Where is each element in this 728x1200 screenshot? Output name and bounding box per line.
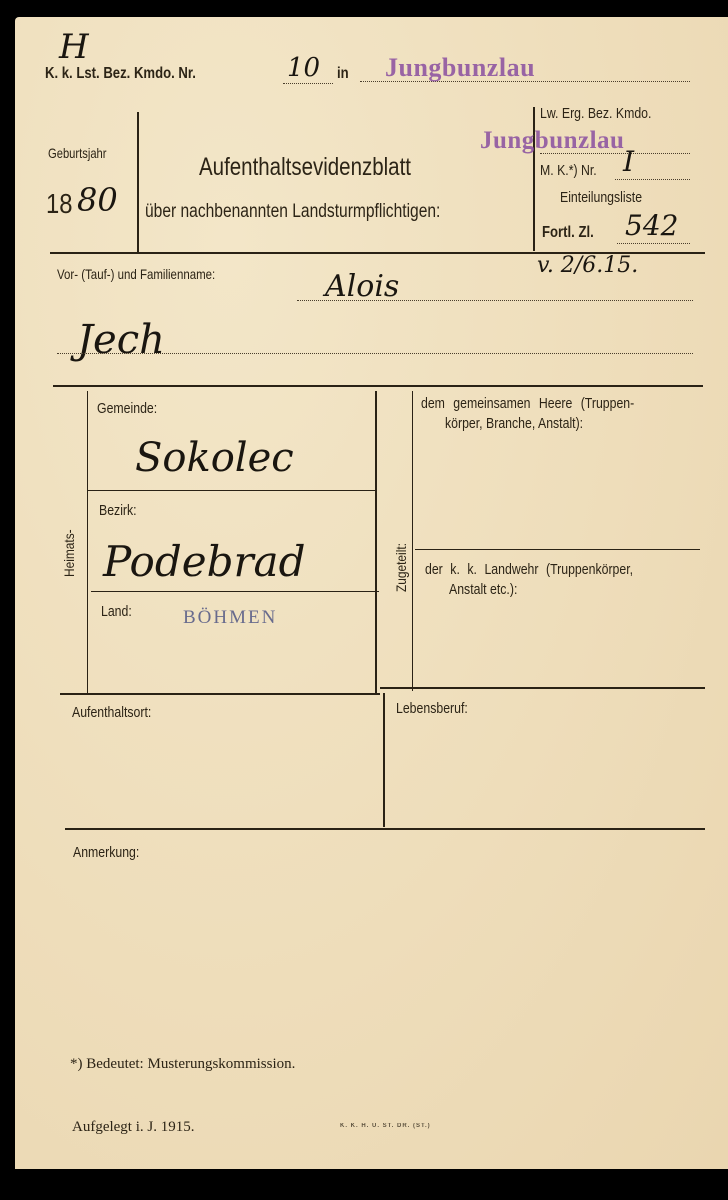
divider <box>60 693 380 695</box>
divider <box>65 828 705 830</box>
handwritten-initial: H <box>59 27 89 67</box>
mk-line <box>615 179 690 180</box>
first-name: Alois <box>325 269 399 304</box>
mk-value: I <box>623 145 634 178</box>
divider <box>380 687 705 689</box>
lw-label: Lw. Erg. Bez. Kmdo. <box>540 105 651 122</box>
document-page: H K. k. Lst. Bez. Kmdo. Nr. 10 in Jungbu… <box>15 17 728 1169</box>
divider <box>87 490 375 491</box>
zugeteilt-side-label: Zugeteilt: <box>393 543 409 592</box>
divider <box>91 591 379 592</box>
kmdo-label: K. k. Lst. Bez. Kmdo. Nr. <box>45 65 196 83</box>
birth-year-suffix: 80 <box>77 181 118 219</box>
in-label: in <box>337 65 349 83</box>
lebensberuf-label: Lebensberuf: <box>396 700 468 717</box>
date-note: v. 2/6.15. <box>537 253 638 278</box>
divider <box>383 693 385 827</box>
form-subtitle: über nachbenannten Landsturmpflichtigen: <box>145 201 440 223</box>
first-name-line <box>297 300 693 301</box>
mk-label: M. K.*) Nr. <box>540 162 597 179</box>
landwehr-label-1: der k. k. Landwehr (Truppenkörper, <box>425 561 633 578</box>
divider <box>375 391 377 693</box>
fortl-line <box>617 243 690 244</box>
aufenthaltsort-label: Aufenthaltsort: <box>72 704 151 721</box>
heer-label-2: körper, Branche, Anstalt): <box>445 415 583 432</box>
landwehr-label-2: Anstalt etc.): <box>449 581 517 598</box>
name-label: Vor- (Tauf-) und Familienname: <box>57 266 215 282</box>
divider <box>53 385 703 387</box>
anmerkung-label: Anmerkung: <box>73 844 139 861</box>
fortl-value: 542 <box>625 209 678 242</box>
land-value-stamp: BÖHMEN <box>183 607 277 629</box>
gemeinde-label: Gemeinde: <box>97 400 157 417</box>
gemeinde-value: Sokolec <box>135 435 294 481</box>
divider <box>415 549 700 550</box>
heer-label-1: dem gemeinsamen Heere (Truppen- <box>421 395 634 412</box>
divider <box>412 391 413 691</box>
divider <box>87 391 88 693</box>
bezirk-value: Podebrad <box>103 537 305 586</box>
kmdo-number-line <box>283 83 333 84</box>
location-stamp: Jungbunzlau <box>385 53 535 83</box>
bezirk-label: Bezirk: <box>99 502 137 519</box>
footnote: *) Bedeutet: Musterungskommission. <box>70 1056 295 1073</box>
printer-mark: K. K. H. U. ST. DR. (ST.) <box>340 1123 431 1129</box>
aufgelegt-note: Aufgelegt i. J. 1915. <box>72 1119 194 1136</box>
liste-label: Einteilungsliste <box>560 189 642 206</box>
divider <box>137 112 139 252</box>
heimat-side-label: Heimats- <box>61 529 77 577</box>
lw-stamp: Jungbunzlau <box>480 127 624 155</box>
lw-line <box>540 153 690 154</box>
birth-year-prefix: 18 <box>46 188 72 220</box>
fortl-label: Fortl. Zl. <box>542 224 594 242</box>
last-name-line <box>57 353 693 354</box>
form-title: Aufenthaltsevidenzblatt <box>199 153 411 182</box>
land-label: Land: <box>101 603 132 620</box>
last-name: Jech <box>77 317 165 363</box>
kmdo-number: 10 <box>287 53 320 83</box>
birth-year-label: Geburtsjahr <box>48 145 107 161</box>
